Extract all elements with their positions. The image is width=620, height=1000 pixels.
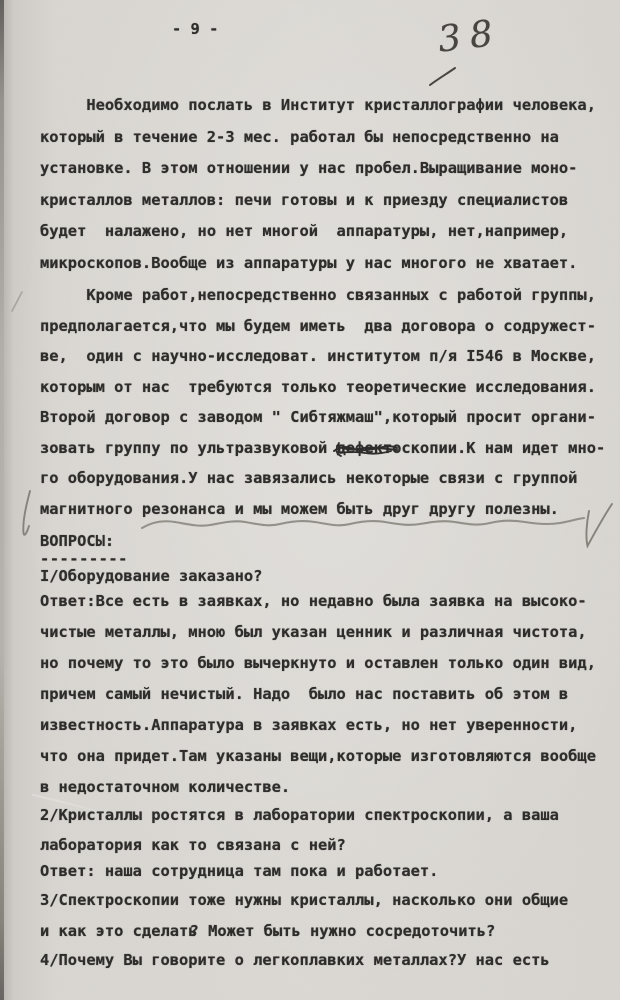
answer-2: Ответ: наша сотрудница там пока и работа… — [40, 856, 438, 888]
questions-heading: ВОПРОСЫ: — [40, 532, 128, 550]
typed-line-segment: и как это сделат — [40, 922, 188, 940]
margin-slash-mark — [12, 292, 22, 311]
overstruck-characters: ь? — [188, 922, 199, 940]
typed-line: известность.Аппаратура в заявках есть, н… — [40, 710, 596, 741]
handwritten-number: 38 — [436, 12, 504, 60]
typed-line: будет налажено, но нет многой аппаратуры… — [40, 216, 596, 248]
typed-line: предполагается,что мы будем иметь два до… — [40, 311, 605, 342]
scribbled-out-word: дефект — [337, 439, 393, 457]
typed-line: но почему то это было вычеркнуто и остав… — [40, 648, 596, 679]
question-2: 2/Кристаллы ростятся в лаборатории спект… — [40, 800, 559, 860]
typed-line: что она придет.Там указаны вещи,которые … — [40, 741, 596, 772]
typed-line: чистые металлы, мною был указан ценник и… — [40, 617, 596, 648]
page-left-edge — [0, 0, 4, 1000]
typed-line: в недостаточном количестве. — [40, 772, 596, 803]
handwritten-stroke — [430, 68, 455, 85]
typed-line: 2/Кристаллы ростятся в лаборатории спект… — [40, 800, 559, 830]
typed-line: Кроме работ,непосредственно связанных с … — [40, 280, 605, 311]
paragraph-1: Необходимо послать в Институт кристаллог… — [40, 90, 596, 280]
typed-line: 4/Почему Вы говорите о легкоплавких мета… — [40, 945, 550, 977]
document-page: - 9 - 38 Необходимо послать в Институт к… — [0, 0, 620, 1000]
typed-line: Необходимо послать в Институт кристаллог… — [40, 90, 596, 122]
typed-line: 3/Спектроскопии тоже нужны кристаллы, на… — [40, 885, 568, 916]
left-checkmark — [23, 491, 30, 535]
typed-line: Второй договор с заводом " Сибтяжмаш",ко… — [40, 402, 605, 433]
overstruck-character: о — [170, 222, 179, 240]
typed-line-segment: зовать группу по ультразвуковой — [40, 439, 337, 457]
typed-line: микроскопов.Вообще из аппаратуры у нас м… — [40, 248, 596, 280]
page-number: - 9 - — [172, 14, 218, 45]
typed-line: и как это сделать? Может быть нужно соср… — [40, 916, 568, 947]
typed-line: зовать группу по ультразвуковой дефектос… — [40, 433, 605, 464]
typed-line: кристаллов металлов: печи готовы и к при… — [40, 185, 596, 217]
typed-line-segment: Может быть нужно сосредоточить? — [199, 922, 496, 940]
typed-line: которым от нас требуются только теоретич… — [40, 372, 605, 403]
typed-line: го оборудования.У нас завязались некотор… — [40, 463, 605, 494]
typed-line: который в течение 2-3 мес. работал бы не… — [40, 122, 596, 154]
typed-line-segment: оскопии.К нам идет мно- — [392, 439, 605, 457]
typed-line: причем самый нечистый. Надо было нас пос… — [40, 679, 596, 710]
typed-line: установке. В этом отношении у нас пробел… — [40, 153, 596, 185]
answer-1: Ответ:Все есть в заявках, но недавно был… — [40, 586, 596, 803]
paragraph-2: Кроме работ,непосредственно связанных с … — [40, 280, 605, 524]
typed-line: ве, один с научно-исследоват. институтом… — [40, 341, 605, 372]
question-3: 3/Спектроскопии тоже нужны кристаллы, на… — [40, 885, 568, 946]
typed-line: Ответ:Все есть в заявках, но недавно был… — [40, 586, 596, 617]
typed-line-segment: будет налажен — [40, 222, 170, 240]
question-4: 4/Почему Вы говорите о легкоплавких мета… — [40, 945, 550, 977]
typed-line: магнитного резонанса и мы можем быть дру… — [40, 494, 605, 525]
typed-line: Ответ: наша сотрудница там пока и работа… — [40, 856, 438, 888]
typed-line-segment: , но нет многой аппаратуры, нет,например… — [179, 222, 568, 240]
